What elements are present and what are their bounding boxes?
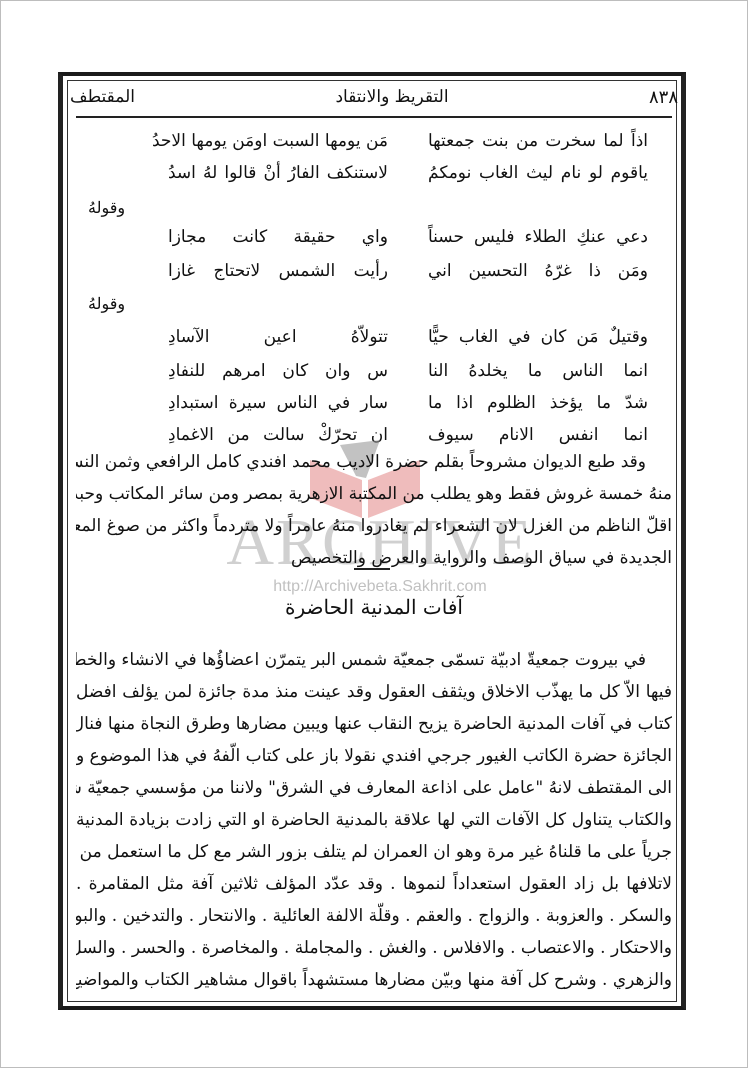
hemistich-second: تتولاّهُ اعين الآسادِ: [168, 322, 388, 352]
verse: دعي عنكِ الطلاء فليس حسناً واي حقيقة كان…: [128, 222, 648, 252]
hemistich-first: وقتيلٌ مَن كان في الغاب حيًّا: [428, 322, 648, 352]
text-line: لاتلافها بل زاد العقول استعداداً لنموها …: [76, 868, 672, 900]
hemistich-second: سار في الناس سيرة استبدادِ: [168, 388, 388, 418]
text-line: والسكر . والعزوبة . والزواج . والعقم . و…: [76, 900, 672, 932]
verse-intro: وقولهُ: [88, 292, 125, 316]
page-number: ٨٣٨: [649, 87, 678, 108]
text-line: كتاب في آفات المدنية الحاضرة يزيح النقاب…: [76, 708, 672, 740]
verse: وقتيلٌ مَن كان في الغاب حيًّا تتولاّهُ ا…: [128, 322, 648, 352]
hemistich-second: رأيت الشمس لاتحتاج غازا: [168, 256, 388, 286]
hemistich-first: دعي عنكِ الطلاء فليس حسناً: [428, 222, 648, 252]
text-line: وقد طبع الديوان مشروحاً بقلم حضرة الاديب…: [76, 446, 672, 478]
paragraph-book-review: في بيروت جمعيةّ ادبيّة تسمّى جمعيّة شمس …: [76, 644, 672, 996]
text-line: اقلّ الناظم من الغزل لان الشعراء لم يغاد…: [76, 510, 672, 542]
verse: انما الناس ما يخلدهُ النا س وان كان امره…: [128, 356, 648, 386]
text-line: منهُ خمسة غروش فقط وهو يطلب من المكتبة ا…: [76, 478, 672, 510]
paragraph-review: وقد طبع الديوان مشروحاً بقلم حضرة الاديب…: [76, 446, 672, 574]
text-line: جرياً على ما قلناهُ غير مرة وهو ان العمر…: [76, 836, 672, 868]
hemistich-second: س وان كان امرهم للنفادِ: [168, 356, 388, 386]
verse: شدّ ما يؤخذ الظلوم اذا ما سار في الناس س…: [128, 388, 648, 418]
verse: ياقوم لو نام ليث الغاب نومكمُ لاستنكف ال…: [128, 158, 648, 188]
hemistich-second: مَن يومها السبت اومَن يومها الاحدُ: [168, 126, 388, 156]
verse: ومَن ذا غرّهُ التحسين اني رأيت الشمس لات…: [128, 256, 648, 286]
hemistich-first: ياقوم لو نام ليث الغاب نومكمُ: [428, 158, 648, 188]
hemistich-second: لاستنكف الفارُ أنْ قالوا لهُ اسدُ: [168, 158, 388, 188]
text-line: الى المقتطف لانهُ "عامل على اذاعة المعار…: [76, 772, 672, 804]
hemistich-second: واي حقيقة كانت مجازا: [168, 222, 388, 252]
text-line: الجائزة حضرة الكاتب الغيور جرجي افندي نق…: [76, 740, 672, 772]
verse: اذاً لما سخرت من بنت جمعتها مَن يومها ال…: [128, 126, 648, 156]
section-divider: [354, 568, 390, 570]
text-line: والاحتكار . والاعتصاب . والافلاس . والغش…: [76, 932, 672, 964]
hemistich-first: شدّ ما يؤخذ الظلوم اذا ما: [428, 388, 648, 418]
section-heading: آفات المدنية الحاضرة: [76, 590, 672, 624]
verse-intro: وقولهُ: [88, 196, 125, 220]
journal-name: المقتطف: [70, 87, 135, 107]
text-line: فيها الاّ كل ما يهذّب الاخلاق ويثقف العق…: [76, 676, 672, 708]
hemistich-first: اذاً لما سخرت من بنت جمعتها: [428, 126, 648, 156]
running-section-title: التقريظ والانتقاد: [335, 87, 448, 107]
hemistich-first: ومَن ذا غرّهُ التحسين اني: [428, 256, 648, 286]
header-rule: [76, 116, 672, 118]
running-header: ٨٣٨ التقريظ والانتقاد المقتطف: [70, 82, 678, 112]
text-line: والكتاب يتناول كل الآفات التي لها علاقة …: [76, 804, 672, 836]
text-line: والزهري . وشرح كل آفة منها وبيّن مضارها …: [76, 964, 672, 996]
hemistich-first: انما الناس ما يخلدهُ النا: [428, 356, 648, 386]
text-line: في بيروت جمعيةّ ادبيّة تسمّى جمعيّة شمس …: [76, 644, 672, 676]
